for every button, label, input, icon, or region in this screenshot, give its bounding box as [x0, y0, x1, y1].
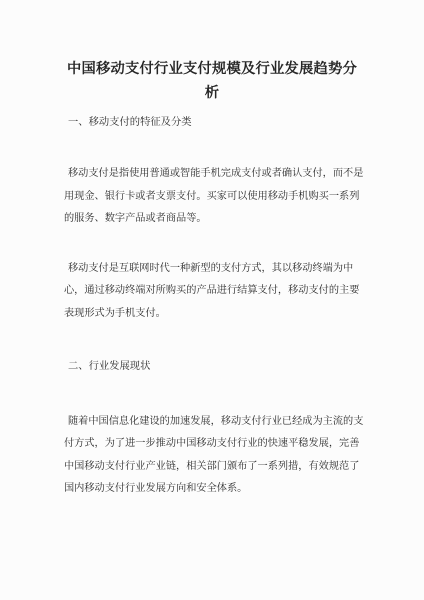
- section-heading-industry-status: 二、行业发展现状: [68, 360, 360, 374]
- paragraph-industry-development: 随着中国信息化建设的加速发展，移动支付行业已经成为主流的支 付方式，为了进一步推…: [64, 411, 364, 501]
- paragraph-new-payment-method: 移动支付是互联网时代一种新型的支付方式，其以移动终端为中 心，通过移动终端对所购…: [64, 258, 364, 326]
- document-page: 中国移动支付行业支付规模及行业发展趋势分 析 一、移动支付的特征及分类 移动支付…: [0, 0, 424, 600]
- section-industry-status: 二、行业发展现状 随着中国信息化建设的加速发展，移动支付行业已经成为主流的支 付…: [0, 360, 424, 501]
- section-mobile-payment-features: 一、移动支付的特征及分类 移动支付是指使用普通或智能手机完成支付或者确认支付，而…: [0, 116, 424, 326]
- paragraph-definition: 移动支付是指使用普通或智能手机完成支付或者确认支付，而不是 用现金、银行卡或者支…: [64, 163, 364, 231]
- section-heading-features: 一、移动支付的特征及分类: [68, 116, 360, 130]
- document-title: 中国移动支付行业支付规模及行业发展趋势分 析: [30, 57, 394, 105]
